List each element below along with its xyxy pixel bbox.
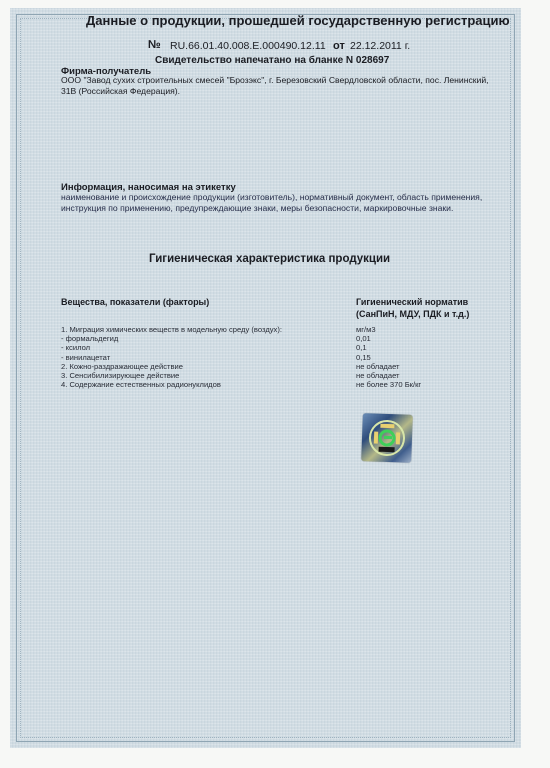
norm-value: 0,1 — [356, 343, 481, 352]
substance-name: 1. Миграция химических веществ в модельн… — [61, 325, 356, 334]
table-row: - формальдегид 0,01 — [61, 334, 481, 343]
issue-date: 22.12.2011 г. — [350, 40, 410, 52]
table-row: 4. Содержание естественных радионуклидов… — [61, 380, 481, 389]
substance-name: 2. Кожно-раздражающее действие — [61, 362, 356, 371]
norm-value: не обладает — [356, 362, 481, 371]
norm-value: 0,15 — [356, 353, 481, 362]
document-title: Данные о продукции, прошедшей государств… — [86, 13, 510, 28]
table-row: - винилацетат 0,15 — [61, 353, 481, 362]
table-row: 1. Миграция химических веществ в модельн… — [61, 325, 481, 334]
table-row: 3. Сенсибилизирующее действие не обладае… — [61, 371, 481, 380]
column-header-norm: Гигиенический норматив (СанПиН, МДУ, ПДК… — [356, 296, 506, 320]
norm-value: не обладает — [356, 371, 481, 380]
recipient-text: ООО "Завод сухих строительных смесей "Бр… — [61, 75, 491, 97]
norm-value: не более 370 Бк/кг — [356, 380, 481, 389]
hygiene-title: Гигиеническая характеристика продукции — [149, 253, 390, 265]
table-row: - ксилол 0,1 — [61, 343, 481, 352]
hologram-seal-icon — [361, 413, 413, 463]
date-label: от — [333, 40, 345, 52]
norm-value: 0,01 — [356, 334, 481, 343]
substance-name: - ксилол — [61, 343, 356, 352]
label-info-text: наименование и происхождение продукции (… — [61, 192, 491, 214]
substance-name: - винилацетат — [61, 353, 356, 362]
table-row: 2. Кожно-раздражающее действие не облада… — [61, 362, 481, 371]
reg-number-label: № — [148, 39, 161, 51]
reg-number: RU.66.01.40.008.E.000490.12.11 — [170, 40, 326, 52]
blank-note: Свидетельство напечатано на бланке N 028… — [155, 55, 389, 66]
norm-value: мг/м3 — [356, 325, 481, 334]
column-header-substances: Вещества, показатели (факторы) — [61, 296, 211, 308]
hygiene-table: 1. Миграция химических веществ в модельн… — [61, 325, 481, 389]
substance-name: - формальдегид — [61, 334, 356, 343]
substance-name: 4. Содержание естественных радионуклидов — [61, 380, 356, 389]
substance-name: 3. Сенсибилизирующее действие — [61, 371, 356, 380]
